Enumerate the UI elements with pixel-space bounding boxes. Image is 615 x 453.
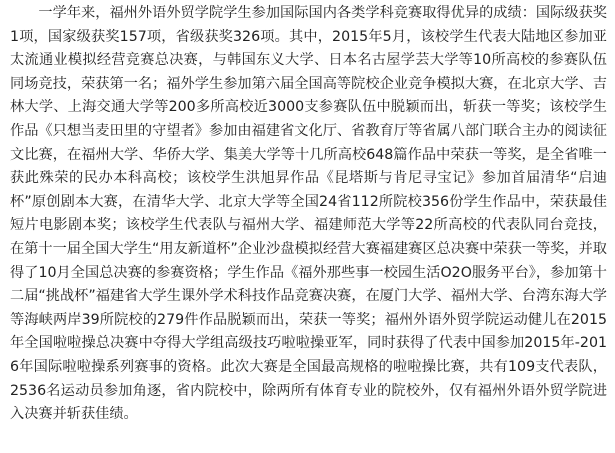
article-paragraph: 一学年来，福州外语外贸学院学生参加国际国内各类学科竞赛取得优异的成绩：国际级获奖… <box>10 2 607 427</box>
article-body: 一学年来，福州外语外贸学院学生参加国际国内各类学科竞赛取得优异的成绩：国际级获奖… <box>0 0 615 427</box>
